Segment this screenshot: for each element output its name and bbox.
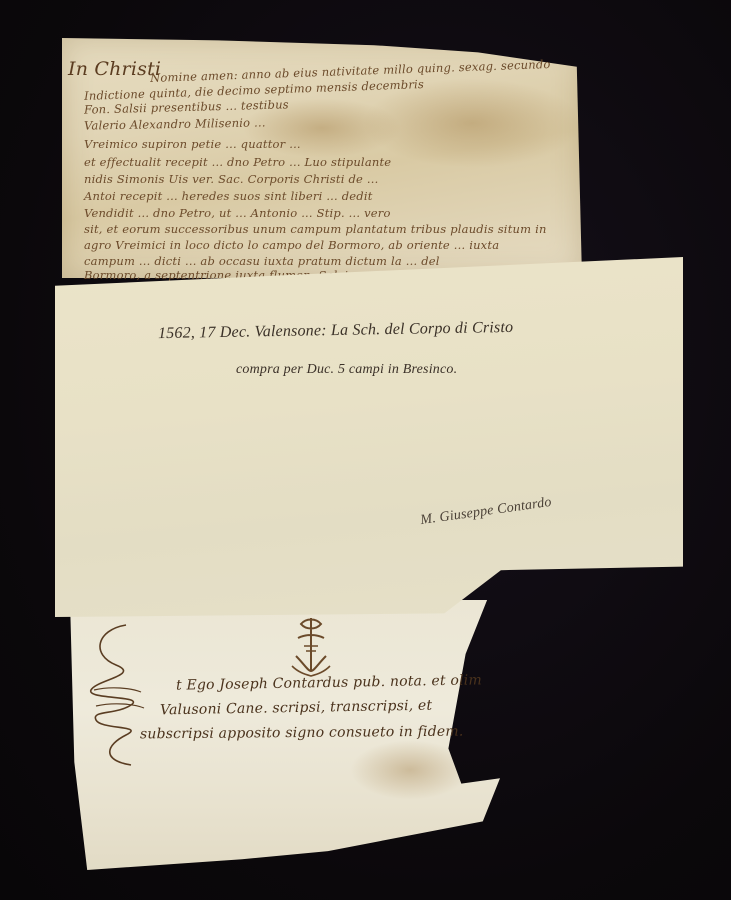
- deed-line: Antoi recepit ... heredes suos sint libe…: [84, 189, 373, 203]
- deed-line: sit, et eorum successoribus unum campum …: [84, 222, 547, 236]
- water-stain: [350, 740, 470, 800]
- deed-heading: In Christi: [68, 58, 161, 80]
- deed-line: nidis Simonis Uis ver. Sac. Corporis Chr…: [84, 172, 378, 186]
- deed-line: agro Vreimici in loco dicto lo campo del…: [84, 238, 499, 252]
- catalogue-note-slip: [55, 257, 683, 617]
- notary-flourish-icon: [86, 620, 156, 770]
- deed-line: campum ... dicti ... ab occasu iuxta pra…: [84, 254, 440, 268]
- subscription-line: subscripsi apposito signo consueto in fi…: [140, 724, 464, 743]
- deed-line: Vreimico supiron petie ... quattor ...: [84, 137, 301, 151]
- deed-line: Vendidit ... dno Petro, ut ... Antonio .…: [84, 206, 391, 220]
- deed-line: et effectualit recepit ... dno Petro ...…: [84, 155, 391, 169]
- document-scan: In Christi Nomine amen: anno ab eius nat…: [0, 0, 731, 900]
- note-line-2: compra per Duc. 5 campi in Bresinco.: [236, 362, 457, 378]
